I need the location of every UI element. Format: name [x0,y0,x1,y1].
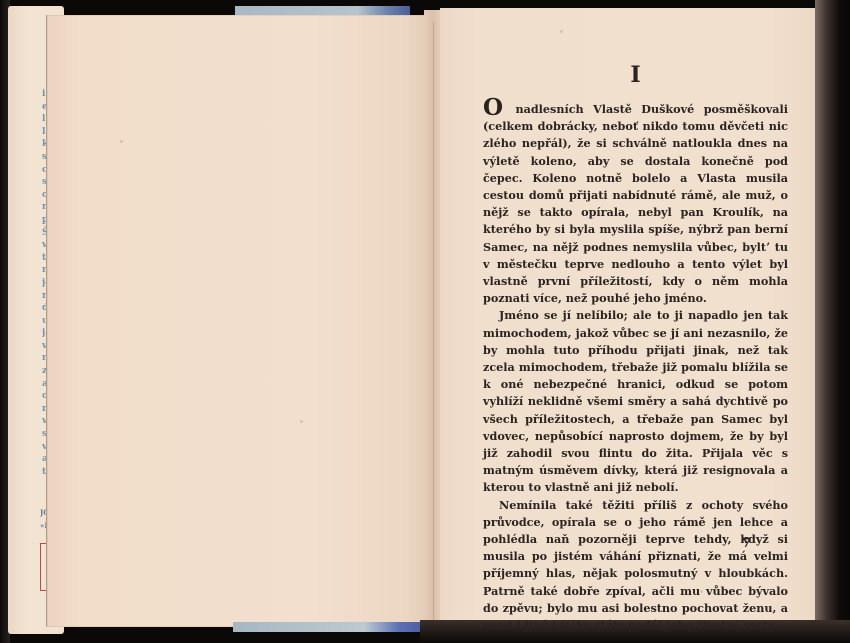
headband-top [235,6,410,15]
drop-cap: O [483,94,503,121]
paper-speck [120,140,123,143]
headband-bottom [233,622,421,632]
background-shadow-top [410,0,850,8]
page-number: 7 [742,536,751,551]
background-shadow-right [815,0,850,643]
paragraph-3: Nemínila také těžiti příliš z ochoty své… [483,497,788,635]
paper-speck [560,30,563,33]
gutter-fold-line [433,22,434,622]
paragraph-1-text: nadlesních Vlastě Duškové posměškovali (… [483,102,788,305]
paragraph-1: O nadlesních Vlastě Duškové posměškovali… [483,99,788,307]
paragraph-2: Jméno se jí nelíbilo; ale to ji napadlo … [483,307,788,496]
paper-speck [300,420,303,423]
chapter-number: I [483,62,788,88]
left-page-blank [46,15,429,627]
